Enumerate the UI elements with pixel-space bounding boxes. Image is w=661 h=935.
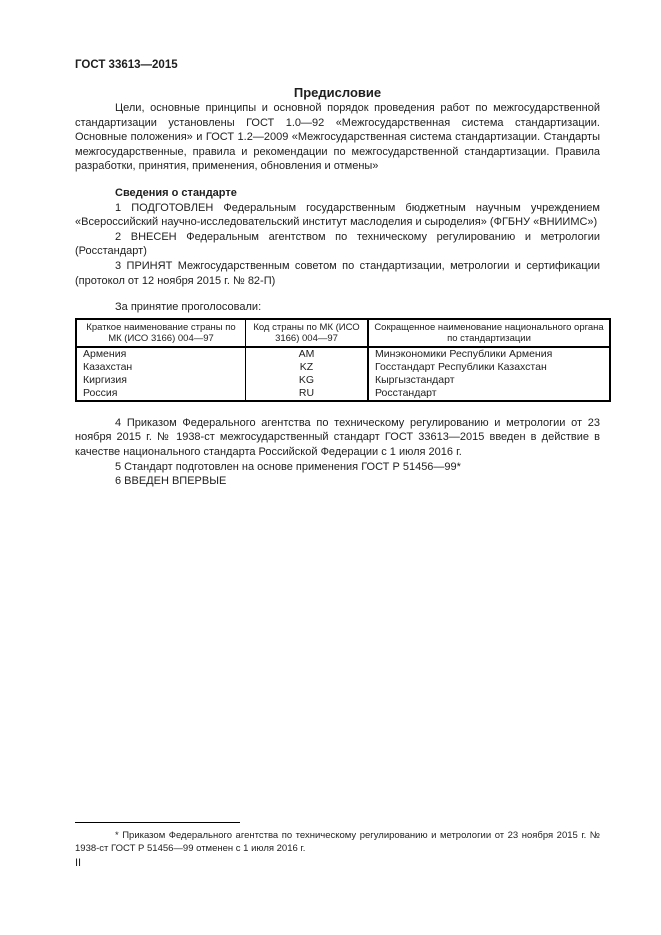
country-cell: Армения [76,347,246,361]
page-number: II [75,856,600,870]
org-cell: Госстандарт Республики Казахстан [368,361,610,374]
item-order: 4 Приказом Федерального агентства по тех… [75,416,600,460]
table-header-row: Краткое наименование страны по МК (ИСО 3… [76,319,610,347]
item-prepared: 1 ПОДГОТОВЛЕН Федеральным государственны… [75,201,600,230]
org-cell: Минэкономики Республики Армения [368,347,610,361]
table-header-code: Код страны по МК (ИСО 3166) 004—97 [246,319,369,347]
code-cell: KZ [246,361,369,374]
page-title: Предисловие [75,85,600,101]
item-basis: 5 Стандарт подготовлен на основе примене… [75,460,600,475]
table-row: Киргизия KG Кыргызстандарт [76,374,610,387]
item-adopted: 3 ПРИНЯТ Межгосударственным советом по с… [75,259,600,288]
page-content: ГОСТ 33613—2015 Предисловие Цели, основн… [75,58,600,489]
footnote-area: * Приказом Федерального агентства по тех… [75,822,600,870]
vote-caption: За принятие проголосовали: [75,300,600,315]
doc-code: ГОСТ 33613—2015 [75,58,600,73]
item-submitted: 2 ВНЕСЕН Федеральным агентством по техни… [75,230,600,259]
org-cell: Росстандарт [368,387,610,401]
code-cell: AM [246,347,369,361]
table-header-org: Сокращенное наименование национального о… [368,319,610,347]
footnote-rule [75,822,240,823]
footnote-text: * Приказом Федерального агентства по тех… [75,829,600,855]
table-row: Казахстан KZ Госстандарт Республики Каза… [76,361,610,374]
code-cell: RU [246,387,369,401]
table-row: Россия RU Росстандарт [76,387,610,401]
org-cell: Кыргызстандарт [368,374,610,387]
table-row: Армения AM Минэкономики Республики Армен… [76,347,610,361]
country-cell: Россия [76,387,246,401]
standard-info-heading: Сведения о стандарте [75,186,600,201]
intro-paragraph: Цели, основные принципы и основной поряд… [75,101,600,174]
country-cell: Киргизия [76,374,246,387]
item-first-introduced: 6 ВВЕДЕН ВПЕРВЫЕ [75,474,600,489]
country-cell: Казахстан [76,361,246,374]
code-cell: KG [246,374,369,387]
vote-table: Краткое наименование страны по МК (ИСО 3… [75,318,611,402]
vote-table-body: Армения AM Минэкономики Республики Армен… [76,347,610,401]
table-header-country: Краткое наименование страны по МК (ИСО 3… [76,319,246,347]
vote-table-head: Краткое наименование страны по МК (ИСО 3… [76,319,610,347]
document-page: ГОСТ 33613—2015 Предисловие Цели, основн… [0,0,661,935]
